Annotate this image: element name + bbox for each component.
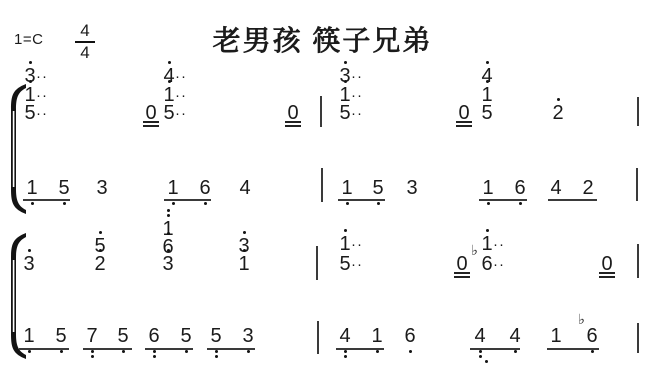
rest-underline: [599, 276, 615, 278]
octave-dots-above: [162, 209, 174, 217]
octave-dots-below: [148, 350, 160, 358]
note: 2: [552, 103, 564, 123]
octave-dots-below: [586, 350, 598, 353]
beam-underline: [23, 199, 70, 201]
barline: [320, 96, 322, 127]
duration-dots: ··: [175, 86, 191, 106]
duration-dots: ··: [351, 255, 367, 275]
octave-dots-above: [162, 249, 174, 252]
note: 3: [242, 326, 254, 346]
barline: [637, 323, 639, 353]
note: 1: [371, 326, 383, 346]
note: 1: [238, 254, 250, 274]
duration-dots: ··: [36, 86, 52, 106]
note: 7: [86, 326, 98, 346]
octave-dots-above: [481, 61, 493, 64]
note: 6: [148, 326, 160, 346]
octave-dots-below: [180, 350, 192, 353]
duration-dots: ··: [493, 255, 509, 275]
octave-dots-above: [238, 231, 250, 234]
note: 3: [162, 254, 174, 274]
octave-dots-below: [26, 202, 38, 205]
note: 5: [117, 326, 129, 346]
duration-dots: ··: [351, 67, 367, 87]
rest: 0: [287, 103, 299, 123]
duration-dots: ··: [175, 104, 191, 124]
beam-underline: [548, 199, 597, 201]
octave-dots-below: [404, 350, 416, 353]
beam-underline: [145, 348, 193, 350]
octave-dots-below: [117, 350, 129, 353]
octave-dots-above: [94, 249, 106, 252]
octave-dots-below: [199, 202, 211, 205]
note: 5··: [163, 103, 175, 123]
note: 5: [372, 178, 384, 198]
octave-dot: [485, 360, 488, 363]
rest-underline: [456, 121, 472, 123]
beam-underline: [336, 348, 384, 350]
flat-icon: ♭: [577, 312, 586, 326]
beam-underline: [470, 348, 520, 350]
octave-dots-below: [339, 350, 351, 358]
note: 3··: [339, 66, 351, 86]
rest-underline: [285, 125, 301, 127]
beam-underline: [83, 348, 132, 350]
flat-icon: ♭: [470, 243, 479, 257]
note: 3: [96, 178, 108, 198]
beam-underline: [338, 199, 385, 201]
octave-dots-below: [242, 350, 254, 353]
octave-dots-below: [371, 350, 383, 353]
octave-dots-below: [86, 350, 98, 358]
rest: 0: [145, 103, 157, 123]
barline: [317, 321, 319, 354]
octave-dots-below: [509, 350, 521, 353]
octave-dots-above: [481, 229, 493, 232]
duration-dots: ··: [351, 104, 367, 124]
duration-dots: ··: [351, 86, 367, 106]
note: 5··: [24, 103, 36, 123]
octave-dots-below: [474, 350, 486, 358]
note: 4: [509, 326, 521, 346]
octave-dots-below: [210, 350, 222, 358]
note: 4: [481, 66, 493, 86]
beam-underline: [479, 199, 527, 201]
note: 1: [482, 178, 494, 198]
barline: [316, 246, 318, 280]
rest: 0: [456, 254, 468, 274]
octave-dots-above: [94, 231, 106, 234]
octave-dots-above: [24, 61, 36, 64]
octave-dots-above: [23, 249, 35, 252]
barline: [637, 244, 639, 278]
rest-underline: [599, 272, 615, 274]
score-canvas: 3··1··5··04··1··5··03··1··5··04152153164…: [0, 0, 645, 374]
barline: [636, 168, 638, 201]
note: 5··: [339, 254, 351, 274]
note: 5: [58, 178, 70, 198]
duration-dots: ··: [351, 235, 367, 255]
octave-dots-below: [482, 202, 494, 205]
octave-dots-below: [55, 350, 67, 353]
beam-underline: [547, 348, 599, 350]
rest: 0: [601, 254, 613, 274]
note: 6: [199, 178, 211, 198]
octave-dots-above: [481, 80, 493, 83]
note: 4: [474, 326, 486, 346]
note: 1: [167, 178, 179, 198]
octave-dots-below: [372, 202, 384, 205]
duration-dots: ··: [36, 67, 52, 87]
note: 4: [550, 178, 562, 198]
rest-underline: [143, 121, 159, 123]
note: 5: [210, 326, 222, 346]
note: 2: [582, 178, 594, 198]
barline: [321, 168, 323, 202]
beam-underline: [164, 199, 211, 201]
note: 5: [180, 326, 192, 346]
rest-underline: [143, 125, 159, 127]
rest-underline: [456, 125, 472, 127]
octave-dots-above: [24, 80, 36, 83]
octave-dots-below: [167, 202, 179, 205]
duration-dots: ··: [493, 235, 509, 255]
duration-dots: ··: [175, 67, 191, 87]
note: 6: [514, 178, 526, 198]
note: 5: [55, 326, 67, 346]
octave-dots-above: [238, 249, 250, 252]
beam-underline: [19, 348, 69, 350]
octave-dots-below: [341, 202, 353, 205]
rest-underline: [285, 121, 301, 123]
note: 6: [586, 326, 598, 346]
rest-underline: [454, 272, 470, 274]
note: 5··: [339, 103, 351, 123]
octave-dots-below: [58, 202, 70, 205]
note: 6··: [481, 254, 493, 274]
note: 4··: [163, 66, 175, 86]
note: 3: [23, 254, 35, 274]
note: 1: [341, 178, 353, 198]
note: 1··: [481, 234, 493, 254]
rest: 0: [458, 103, 470, 123]
note: 6: [404, 326, 416, 346]
rest-underline: [454, 276, 470, 278]
note: 1: [550, 326, 562, 346]
note: 4: [239, 178, 251, 198]
octave-dots-below: [514, 202, 526, 205]
barline: [637, 97, 639, 126]
octave-dots-above: [339, 229, 351, 232]
note: 5: [481, 103, 493, 123]
note: 2: [94, 254, 106, 274]
note: 1··: [339, 234, 351, 254]
note: 1: [26, 178, 38, 198]
sheet-music-page: 1=C 4 4 老男孩 筷子兄弟 3··1··5··04··1··5··03··…: [0, 0, 645, 374]
duration-dots: ··: [36, 104, 52, 124]
octave-dots-above: [163, 80, 175, 83]
note: 3··: [24, 66, 36, 86]
note: 4: [339, 326, 351, 346]
octave-dots-below: [23, 350, 35, 353]
beam-underline: [207, 348, 255, 350]
note: 3: [406, 178, 418, 198]
note: 1: [23, 326, 35, 346]
octave-dots-above: [163, 61, 175, 64]
octave-dots-above: [339, 80, 351, 83]
octave-dots-above: [162, 232, 174, 235]
octave-dots-above: [339, 61, 351, 64]
octave-dots-above: [552, 98, 564, 101]
